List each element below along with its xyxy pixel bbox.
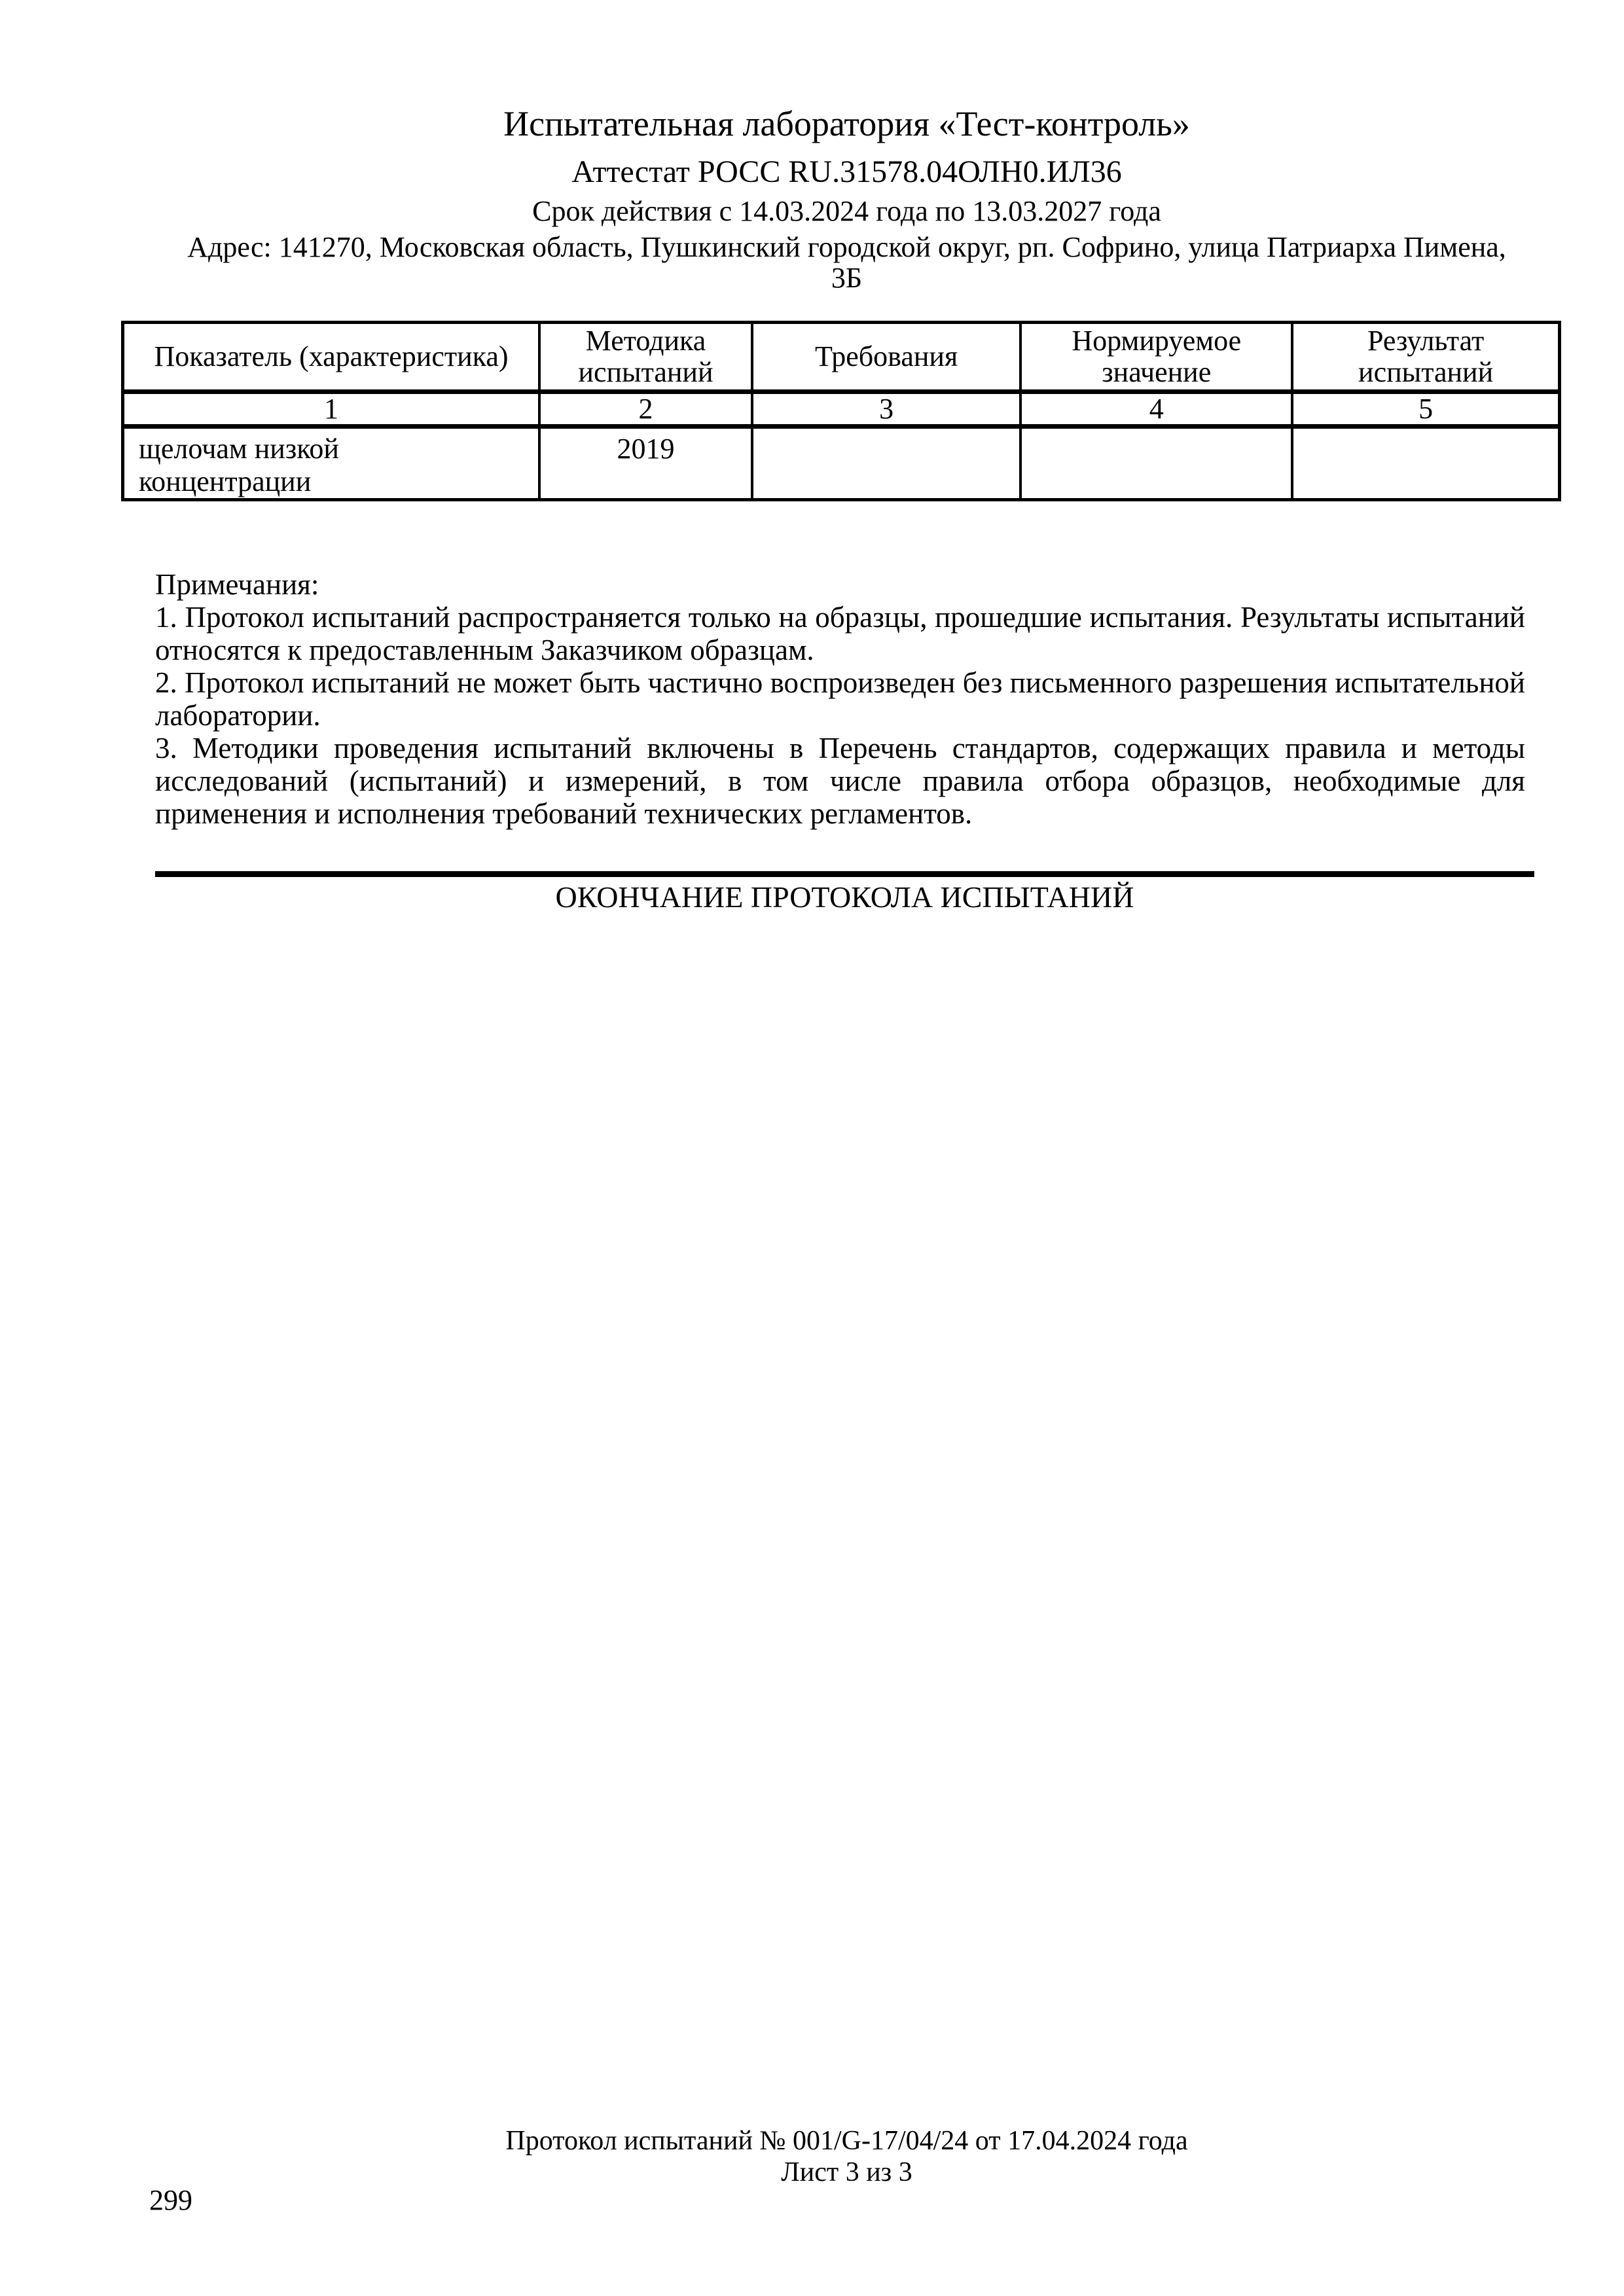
notes-section: Примечания: 1. Протокол испытаний распро…: [155, 568, 1525, 830]
column-number-1: 1: [123, 392, 540, 427]
lab-address-line2: 3Б: [155, 262, 1538, 293]
column-number-4: 4: [1020, 392, 1292, 427]
footer-protocol-line: Протокол испытаний № 001/G-17/04/24 от 1…: [155, 2125, 1538, 2157]
validity-period: Срок действия с 14.03.2024 года по 13.03…: [155, 195, 1538, 228]
results-table: Показатель (характеристика) Методика исп…: [121, 321, 1561, 501]
document-footer: Протокол испытаний № 001/G-17/04/24 от 1…: [155, 2125, 1538, 2188]
footer-sheet-line: Лист 3 из 3: [155, 2157, 1538, 2188]
attestation-number: Аттестат РОСС RU.31578.04ОЛН0.ИЛ36: [155, 154, 1538, 190]
table-header-row: Показатель (характеристика) Методика исп…: [123, 323, 1560, 392]
page-number: 299: [149, 2185, 192, 2216]
col-header-requirements: Требования: [752, 323, 1020, 392]
cell-indicator: щелочам низкой концентрации: [123, 427, 540, 500]
note-item-3: 3. Методики проведения испытаний включен…: [155, 732, 1525, 830]
note-item-2: 2. Протокол испытаний не может быть част…: [155, 666, 1525, 732]
cell-result: [1292, 427, 1559, 500]
protocol-page: Испытательная лаборатория «Тест-контроль…: [0, 0, 1624, 2296]
column-numbers-row: 1 2 3 4 5: [123, 392, 1560, 427]
protocol-ending-label: ОКОНЧАНИЕ ПРОТОКОЛА ИСПЫТАНИЙ: [556, 880, 1134, 914]
col-header-normative: Нормируемое значение: [1020, 323, 1292, 392]
cell-method: 2019: [539, 427, 752, 500]
protocol-ending: ОКОНЧАНИЕ ПРОТОКОЛА ИСПЫТАНИЙ: [155, 871, 1534, 914]
lab-address: Адрес: 141270, Московская область, Пушки…: [155, 232, 1538, 293]
column-number-3: 3: [752, 392, 1020, 427]
note-item-1: 1. Протокол испытаний распространяется т…: [155, 601, 1525, 666]
column-number-2: 2: [539, 392, 752, 427]
col-header-result: Результат испытаний: [1292, 323, 1559, 392]
cell-requirements: [752, 427, 1020, 500]
lab-address-line1: Адрес: 141270, Московская область, Пушки…: [155, 232, 1538, 262]
col-header-indicator: Показатель (характеристика): [123, 323, 540, 392]
col-header-method: Методика испытаний: [539, 323, 752, 392]
document-header: Испытательная лаборатория «Тест-контроль…: [155, 104, 1538, 293]
lab-title: Испытательная лаборатория «Тест-контроль…: [155, 104, 1538, 143]
column-number-5: 5: [1292, 392, 1559, 427]
notes-heading: Примечания:: [155, 568, 1525, 601]
table-row: щелочам низкой концентрации 2019: [123, 427, 1560, 500]
cell-normative: [1020, 427, 1292, 500]
results-table-wrapper: Показатель (характеристика) Методика исп…: [121, 321, 1561, 501]
